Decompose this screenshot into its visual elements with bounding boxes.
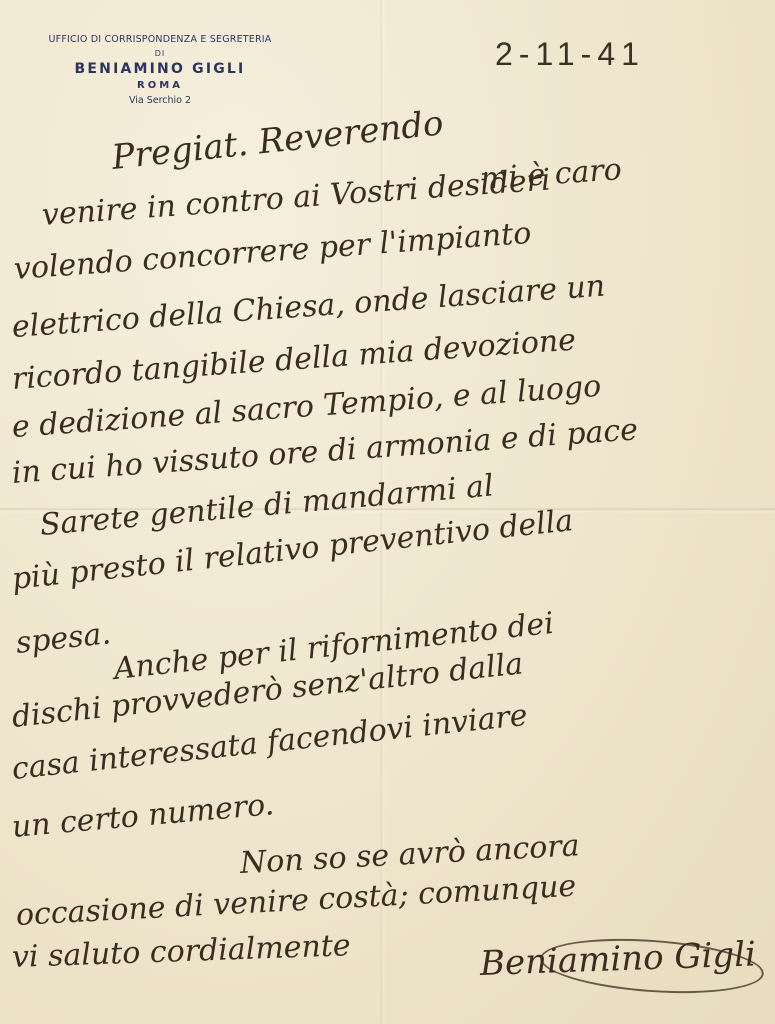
letterhead-city: ROMA [20, 80, 300, 91]
letter-date: 2-11-41 [495, 36, 645, 73]
letterhead-address: Via Serchio 2 [20, 95, 300, 106]
letterhead-di: DI [20, 49, 300, 58]
letterhead-office: UFFICIO DI CORRISPONDENZA E SEGRETERIA [20, 34, 300, 45]
letterhead: UFFICIO DI CORRISPONDENZA E SEGRETERIA D… [20, 34, 300, 106]
letterhead-name: BENIAMINO GIGLI [20, 61, 300, 77]
